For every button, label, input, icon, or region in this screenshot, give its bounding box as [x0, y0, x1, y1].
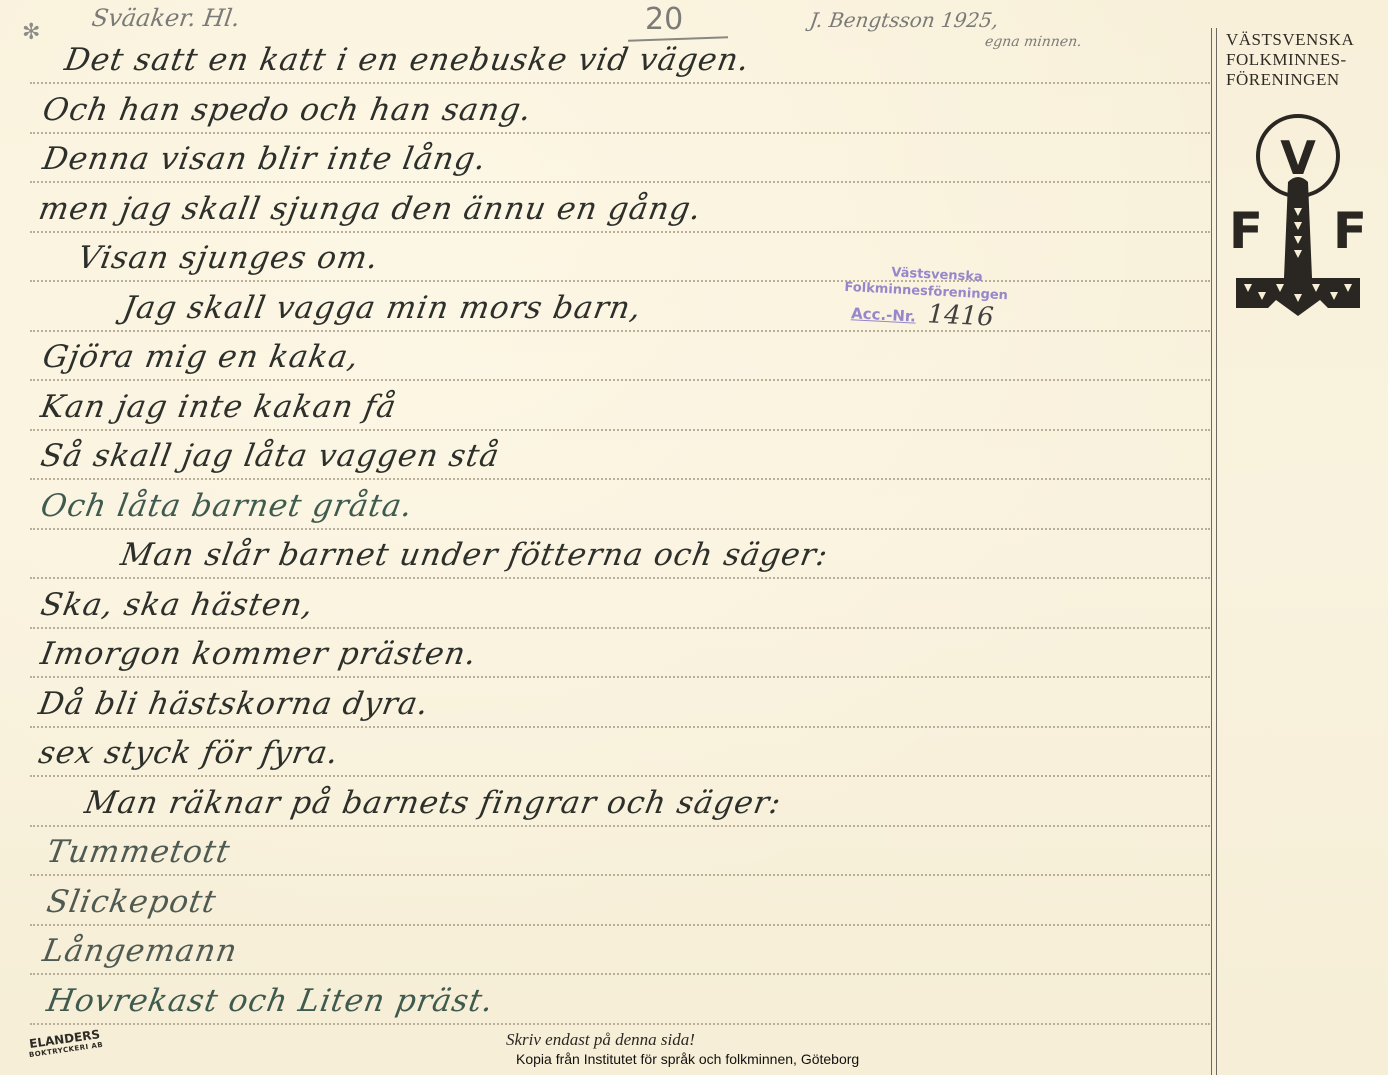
- collector-annotation-secondary: egna minnen.: [984, 34, 1083, 50]
- collector-annotation: J. Bengtsson 1925,: [808, 8, 1000, 32]
- handwritten-line: Så skall jag låta vaggen stå: [38, 438, 502, 474]
- ruled-line: [30, 874, 1210, 876]
- handwritten-line: sex styck för fyra.: [36, 735, 342, 771]
- ruled-line: [30, 528, 1210, 530]
- footer-instruction: Skriv endast på denna sida!: [506, 1030, 695, 1050]
- corner-mark-icon: ✻: [22, 20, 40, 45]
- ruled-line: [30, 379, 1210, 381]
- handwritten-line: Jag skall vagga min mors barn,: [120, 290, 645, 326]
- handwritten-line: Långemann: [40, 933, 240, 969]
- ruled-line: [30, 132, 1210, 134]
- ruled-line: [30, 1023, 1210, 1025]
- place-annotation: Sväaker. Hl.: [90, 4, 242, 32]
- ruled-line: [30, 676, 1210, 678]
- accession-stamp: Västsvenska Folkminnesföreningen Acc.-Nr…: [837, 263, 1050, 336]
- ruled-line: [30, 627, 1210, 629]
- handwritten-line: Man slår barnet under fötterna och säger…: [118, 537, 831, 573]
- handwritten-line: Gjöra mig en kaka,: [40, 339, 362, 375]
- handwritten-line: Slickepott: [44, 884, 219, 920]
- handwritten-line: Ska, ska hästen,: [38, 587, 317, 623]
- handwritten-line: Kan jag inte kakan få: [38, 389, 399, 425]
- ruled-line: [30, 231, 1210, 233]
- ruled-line: [30, 181, 1210, 183]
- handwritten-line: Man räknar på barnets fingrar och säger:: [82, 785, 784, 821]
- ruled-line: [30, 775, 1210, 777]
- margin-double-rule: [1211, 28, 1217, 1075]
- thors-hammer-logo-icon: V F F: [1228, 108, 1368, 320]
- handwritten-line: Denna visan blir inte lång.: [40, 141, 489, 177]
- organization-name: VÄSTSVENSKA FOLKMINNES- FÖRENINGEN: [1226, 30, 1354, 90]
- handwritten-line: men jag skall sjunga den ännu en gång.: [36, 191, 705, 227]
- svg-text:F: F: [1229, 202, 1263, 260]
- ruled-line: [30, 429, 1210, 431]
- ruled-line: [30, 973, 1210, 975]
- ruled-line: [30, 825, 1210, 827]
- org-line-2: FOLKMINNES-: [1226, 50, 1354, 70]
- handwritten-line: Då bli hästskorna dyra.: [36, 686, 432, 722]
- printer-mark: ELANDERS BOKTRYCKERI AB: [27, 1029, 104, 1061]
- handwritten-line: Och låta barnet gråta.: [38, 488, 416, 524]
- svg-text:V: V: [1280, 131, 1316, 185]
- handwritten-line: Det satt en katt i en enebuske vid vägen…: [62, 42, 753, 78]
- handwritten-line: Imorgon kommer prästen.: [38, 636, 480, 672]
- page-number: 20: [645, 2, 683, 37]
- ruled-line: [30, 726, 1210, 728]
- org-line-1: VÄSTSVENSKA: [1226, 30, 1354, 50]
- page-number-underline: [628, 36, 728, 41]
- handwritten-line: Och han spedo och han sang.: [40, 92, 535, 128]
- ruled-line: [30, 924, 1210, 926]
- ruled-line: [30, 82, 1210, 84]
- stamp-line-3: Acc.-Nr.: [851, 304, 917, 325]
- svg-text:F: F: [1333, 202, 1367, 260]
- handwritten-line: Visan sjunges om.: [75, 240, 382, 276]
- accession-number: 1416: [927, 299, 995, 332]
- form-page: ✻ Sväaker. Hl. 20 J. Bengtsson 1925, egn…: [0, 0, 1388, 1075]
- ruled-line: [30, 478, 1210, 480]
- handwritten-line: Hovrekast och Liten präst.: [44, 983, 497, 1019]
- org-line-3: FÖRENINGEN: [1226, 70, 1354, 90]
- handwritten-line: Tummetott: [44, 834, 233, 870]
- copy-notice: Kopia från Institutet för språk och folk…: [516, 1051, 859, 1067]
- ruled-line: [30, 577, 1210, 579]
